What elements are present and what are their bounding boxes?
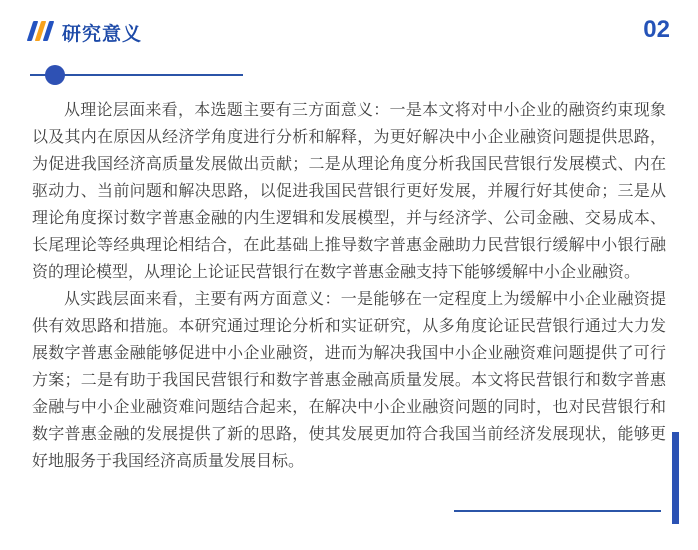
paragraph-theoretical-significance: 从理论层面来看，本选题主要有三方面意义：一是本文将对中小企业的融资约束现象以及其…: [32, 97, 666, 286]
page-title: 研究意义: [62, 19, 142, 46]
paragraph-practical-significance: 从实践层面来看，主要有两方面意义：一是能够在一定程度上为缓解中小企业融资提供有效…: [32, 286, 666, 475]
slide-body: 从理论层面来看，本选题主要有三方面意义：一是本文将对中小企业的融资约束现象以及其…: [32, 97, 666, 475]
right-accent-bar: [672, 432, 679, 524]
divider-dot-icon: [45, 65, 65, 85]
page-number: 02: [643, 16, 670, 44]
footer-accent-line: [454, 510, 661, 512]
triple-slash-icon: [30, 21, 54, 41]
presentation-slide: 研究意义 02 从理论层面来看，本选题主要有三方面意义：一是本文将对中小企业的融…: [0, 0, 698, 550]
